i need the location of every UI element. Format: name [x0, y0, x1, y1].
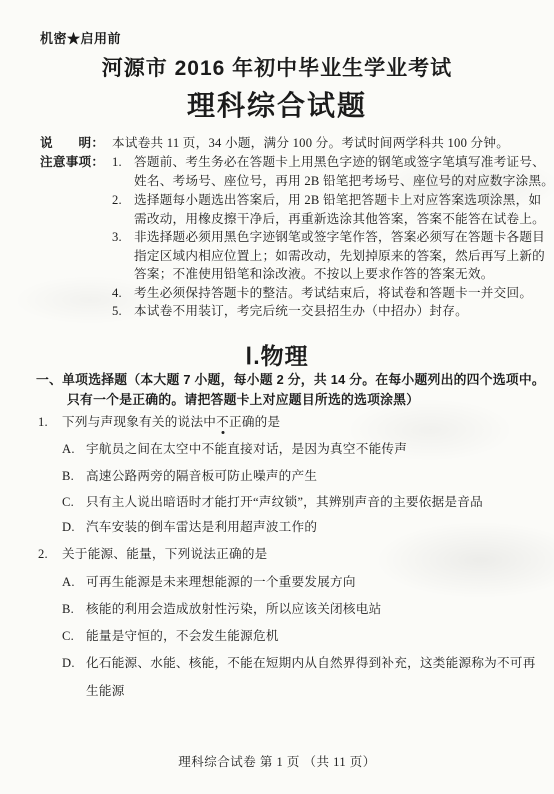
option-label: A.	[62, 441, 75, 457]
stem-emphasized-char: 不	[216, 414, 229, 430]
notice-item-number: 1.	[112, 154, 122, 170]
option-text: 高速公路两旁的隔音板可防止噪声的产生	[86, 468, 317, 484]
exam-paper-page: 机密★启用前 河源市 2016 年初中毕业生学业考试 理科综合试题 说 明： 本…	[0, 0, 554, 794]
notice-item-line: 答案；不准使用铅笔和涂改液。不按以上要求作答的答案无效。	[134, 266, 494, 282]
note-text: 本试卷共 11 页，34 小题，满分 100 分。考试时间两学科共 100 分钟…	[112, 135, 509, 151]
part-intro-line: 一、单项选择题（本大题 7 小题，每小题 2 分，共 14 分。在每小题列出的四…	[36, 372, 545, 388]
notice-item-number: 3.	[112, 229, 122, 245]
notice-item-line: 答题前、考生务必在答题卡上用黑色字迹的钢笔或签字笔填写准考证号、	[134, 154, 545, 170]
notice-item-number: 2.	[112, 192, 122, 208]
option-text: 可再生能源是未来理想能源的一个重要发展方向	[86, 574, 356, 590]
option-text: 核能的利用会造成放射性污染，所以应该关闭核电站	[86, 601, 381, 617]
notice-item-line: 指定区域内相应位置上；如需改动，先划掉原来的答案，然后再写上新的	[134, 248, 545, 264]
part-intro-line: 只有一个是正确的。请把答题卡上对应题目所选的选项涂黑）	[67, 392, 419, 408]
option-label: C.	[62, 628, 74, 644]
notice-item-line: 姓名、考场号、座位号，再用 2B 铅笔把考场号、座位号的对应数字涂黑。	[134, 173, 554, 189]
confidential-label: 机密★启用前	[40, 28, 121, 47]
option-label: D.	[62, 519, 75, 535]
notice-item-line: 本试卷不用装订，考完后统一交县招生办（中招办）封存。	[134, 303, 468, 319]
option-label: B.	[62, 601, 74, 617]
option-text: 能量是守恒的，不会发生能源危机	[86, 628, 279, 644]
question-number: 1.	[38, 414, 48, 430]
option-text: 汽车安装的倒车雷达是利用超声波工作的	[86, 519, 317, 535]
option-text-continued: 生能源	[86, 683, 125, 699]
option-text: 宇航员之间在太空中不能直接对话，是因为真空不能传声	[86, 441, 407, 457]
stem-text: 正确的是	[229, 415, 280, 429]
notice-label: 注意事项：	[40, 154, 104, 170]
option-label: D.	[62, 655, 75, 671]
note-label: 说 明：	[40, 135, 104, 151]
stem-text: 下列与声现象有关的说法中	[62, 415, 216, 429]
option-label: C.	[62, 494, 74, 510]
notice-item-line: 需改动，用橡皮擦干净后，再重新选涂其他答案，答案不能答在试卷上。	[134, 211, 545, 227]
question-stem: 下列与声现象有关的说法中不正确的是	[62, 414, 280, 430]
page-footer: 理科综合试卷 第 1 页 （共 11 页）	[0, 752, 554, 770]
option-label: A.	[62, 574, 75, 590]
notice-item-line: 考生必须保持答题卡的整洁。考试结束后，将试卷和答题卡一并交回。	[134, 285, 532, 301]
paper-title: 理科综合试题	[0, 84, 554, 124]
exam-title: 河源市 2016 年初中毕业生学业考试	[0, 52, 554, 82]
notice-item-line: 选择题每小题选出答案后，用 2B 铅笔把答题卡上对应答案选项涂黑，如	[134, 192, 541, 208]
section-heading: Ⅰ.物理	[0, 338, 554, 371]
option-text: 化石能源、水能、核能，不能在短期内从自然界得到补充，这类能源称为不可再	[86, 655, 536, 671]
notice-item-number: 5.	[112, 303, 122, 319]
option-text: 只有主人说出暗语时才能打开“声纹锁”，其辨别声音的主要依据是音品	[86, 494, 483, 510]
notice-item-number: 4.	[112, 285, 122, 301]
option-label: B.	[62, 468, 74, 484]
question-stem: 关于能源、能量，下列说法正确的是	[62, 546, 268, 562]
notice-item-line: 非选择题必须用黑色字迹钢笔或签字笔作答，答案必须写在答题卡各题目	[134, 229, 545, 245]
question-number: 2.	[38, 546, 48, 562]
